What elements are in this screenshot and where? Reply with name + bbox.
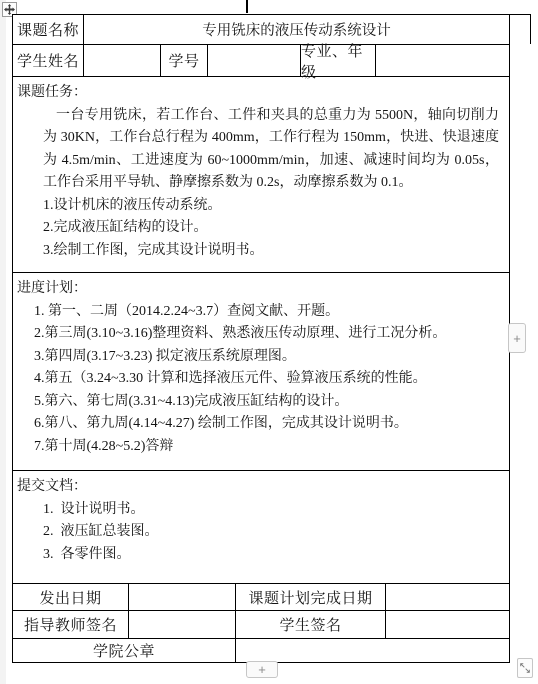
diagonal-resize-icon [519, 662, 531, 674]
deliverables-section-label: 提交文档： [17, 476, 501, 499]
student-name-field[interactable] [84, 45, 161, 76]
planned-completion-date-field[interactable] [386, 584, 509, 610]
assignment-table: 学生姓名 学号 专业、年级 课题任务： 一台专用铣床，若工作台、工件和夹具的总重… [12, 44, 510, 663]
project-title-cell[interactable]: 专用铣床的液压传动系统设计 [84, 15, 510, 44]
task-section-label: 课题任务： [17, 82, 501, 105]
schedule-item: 5.第六、第七周(3.31~4.13)完成液压缸结构的设计。 [34, 391, 501, 414]
schedule-section-label: 进度计划： [17, 278, 501, 301]
project-name-label: 课题名称 [13, 15, 84, 44]
table-resize-handle[interactable] [517, 658, 533, 678]
table-header-row: 课题名称 专用铣床的液压传动系统设计 [12, 14, 531, 44]
college-seal-label: 学院公章 [13, 639, 236, 662]
student-id-label: 学号 [161, 45, 208, 76]
deliverables-section-row: 提交文档： 1. 设计说明书。 2. 液压缸总装图。 3. 各零件图。 [13, 471, 509, 584]
schedule-item: 7.第十周(4.28~5.2)答辩 [34, 436, 501, 459]
schedule-item: 1. 第一、二周（2014.2.24~3.7）查阅文献、开题。 [34, 301, 501, 324]
dates-row: 发出日期 课题计划完成日期 [13, 584, 509, 611]
header-stub-cell [510, 15, 530, 44]
schedule-item: 4.第五（3.24~3.30 计算和选择液压元件、验算液压系统的性能。 [34, 368, 501, 391]
deliverable-item: 2. 液压缸总装图。 [43, 521, 501, 544]
task-paragraph: 一台专用铣床，若工作台、工件和夹具的总重力为 5500N，轴向切削力为 30KN… [43, 105, 499, 195]
issue-date-label: 发出日期 [13, 584, 129, 610]
planned-completion-date-label: 课题计划完成日期 [236, 584, 386, 610]
advisor-signature-label: 指导教师签名 [13, 611, 129, 638]
student-info-row: 学生姓名 学号 专业、年级 [13, 45, 509, 77]
insert-column-button[interactable]: + [508, 323, 526, 353]
schedule-item: 3.第四周(3.17~3.23) 拟定液压系统原理图。 [34, 346, 501, 369]
advisor-signature-field[interactable] [129, 611, 236, 638]
insert-row-button[interactable]: + [246, 661, 278, 678]
task-item: 3.绘制工作图，完成其设计说明书。 [43, 240, 501, 263]
page-edge [0, 0, 6, 684]
document-page: 课题名称 专用铣床的液压传动系统设计 学生姓名 学号 专业、年级 课题任务： 一… [0, 0, 538, 684]
schedule-item: 2.第三周(3.10~3.16)整理资料、熟悉液压传动原理、进行工况分析。 [34, 323, 501, 346]
seal-row: 学院公章 [13, 639, 509, 662]
deliverable-item: 1. 设计说明书。 [43, 499, 501, 522]
schedule-section[interactable]: 进度计划： 1. 第一、二周（2014.2.24~3.7）查阅文献、开题。 2.… [13, 273, 509, 470]
plus-icon: + [513, 332, 521, 345]
student-signature-label: 学生签名 [236, 611, 386, 638]
major-grade-field[interactable] [376, 45, 509, 76]
task-item: 2.完成液压缸结构的设计。 [43, 217, 501, 240]
signature-row: 指导教师签名 学生签名 [13, 611, 509, 639]
student-id-field[interactable] [208, 45, 301, 76]
college-seal-field[interactable] [236, 639, 509, 662]
student-signature-field[interactable] [386, 611, 509, 638]
task-item: 1.设计机床的液压传动系统。 [43, 195, 501, 218]
major-grade-label: 专业、年级 [301, 45, 376, 76]
student-name-label: 学生姓名 [13, 45, 84, 76]
schedule-item: 6.第八、第九周(4.14~4.27) 绘制工作图，完成其设计说明书。 [34, 413, 501, 436]
task-section-row: 课题任务： 一台专用铣床，若工作台、工件和夹具的总重力为 5500N，轴向切削力… [13, 77, 509, 273]
text-cursor [246, 0, 248, 13]
plus-icon: + [258, 663, 266, 676]
task-section[interactable]: 课题任务： 一台专用铣床，若工作台、工件和夹具的总重力为 5500N，轴向切削力… [13, 77, 509, 272]
issue-date-field[interactable] [129, 584, 236, 610]
schedule-section-row: 进度计划： 1. 第一、二周（2014.2.24~3.7）查阅文献、开题。 2.… [13, 273, 509, 471]
deliverables-section[interactable]: 提交文档： 1. 设计说明书。 2. 液压缸总装图。 3. 各零件图。 [13, 471, 509, 583]
deliverable-item: 3. 各零件图。 [43, 544, 501, 567]
